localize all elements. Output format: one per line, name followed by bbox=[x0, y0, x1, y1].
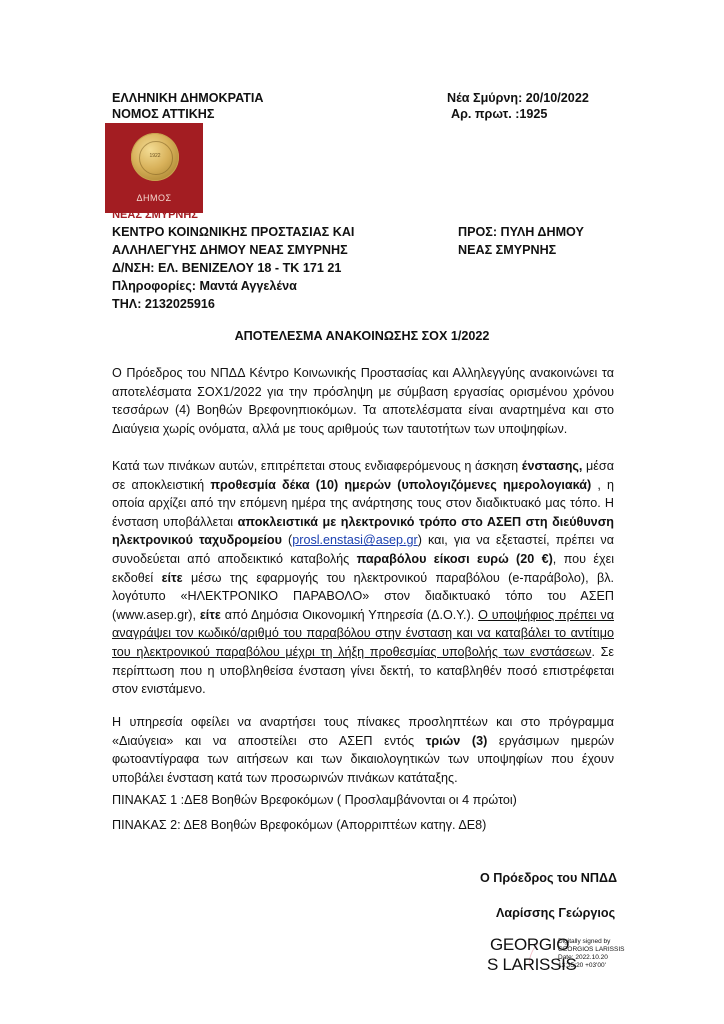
sender-info: Πληροφορίες: Μαντά Αγγελένα bbox=[112, 277, 297, 295]
sender-address: Δ/ΝΣΗ: ΕΛ. ΒΕΝΙΖΕΛΟΥ 18 - ΤΚ 171 21 bbox=[112, 259, 341, 277]
document-page: ΕΛΛΗΝΙΚΗ ΔΗΜΟΚΡΑΤΙΑ ΝΟΜΟΣ ΑΤΤΙΚΗΣ Νέα Σμ… bbox=[0, 0, 724, 1024]
medal-emblem-icon: 1922 bbox=[131, 133, 179, 181]
intro-text: Ο Πρόεδρος του ΝΠΔΔ Κέντρο Κοινωνικής Πρ… bbox=[112, 364, 614, 438]
logo-municipality-name: ΝΕΑΣ ΣΜΥΡΝΗΣ bbox=[105, 209, 205, 221]
digital-signature-note-3: Date: 2022.10.20 bbox=[558, 954, 608, 962]
paragraph-objection: Κατά των πινάκων αυτών, επιτρέπεται στου… bbox=[112, 457, 614, 699]
paragraph-service-obligation: Η υπηρεσία οφείλει να αναρτήσει τους πίν… bbox=[112, 713, 614, 787]
digital-signature-note-2: GEORGIOS LARISSIS bbox=[558, 946, 624, 954]
table-2-reference: ΠΙΝΑΚΑΣ 2: ΔΕ8 Βοηθών Βρεφοκόμων (Απορρι… bbox=[112, 816, 614, 835]
recipient-line1: ΠΡΟΣ: ΠΥΛΗ ΔΗΜΟΥ bbox=[458, 223, 584, 241]
signatory-role: Ο Πρόεδρος του ΝΠΔΔ bbox=[480, 871, 617, 885]
protocol-number: Αρ. πρωτ. :1925 bbox=[451, 105, 547, 123]
digital-signature-note-4: 13:35:20 +03'00' bbox=[558, 962, 606, 970]
sender-phone: ΤΗΛ: 2132025916 bbox=[112, 295, 215, 313]
logo-dimos-text: ΔΗΜΟΣ bbox=[105, 193, 203, 203]
sender-line2: ΑΛΛΗΛΕΓΥΗΣ ΔΗΜΟΥ ΝΕΑΣ ΣΜΥΡΝΗΣ bbox=[112, 241, 348, 259]
paragraph-intro: Ο Πρόεδρος του ΝΠΔΔ Κέντρο Κοινωνικής Πρ… bbox=[112, 364, 614, 438]
objection-email-link[interactable]: prosl.enstasi@asep.gr bbox=[292, 533, 418, 547]
signatory-name: Λαρίσσης Γεώργιος bbox=[496, 906, 615, 920]
municipality-logo: 1922 ΔΗΜΟΣ bbox=[105, 123, 203, 213]
sender-line1: ΚΕΝΤΡΟ ΚΟΙΝΩΝΙΚΗΣ ΠΡΟΣΤΑΣΙΑΣ ΚΑΙ bbox=[112, 223, 354, 241]
prefecture-heading: ΝΟΜΟΣ ΑΤΤΙΚΗΣ bbox=[112, 105, 214, 123]
document-title: ΑΠΟΤΕΛΕΣΜΑ ΑΝΑΚΟΙΝΩΣΗΣ ΣΟΧ 1/2022 bbox=[0, 329, 724, 343]
digital-signature-note-1: Digitally signed by bbox=[558, 938, 610, 946]
recipient-line2: ΝΕΑΣ ΣΜΥΡΝΗΣ bbox=[458, 241, 556, 259]
table-1-reference: ΠΙΝΑΚΑΣ 1 :ΔΕ8 Βοηθών Βρεφοκόμων ( Προσλ… bbox=[112, 791, 614, 810]
